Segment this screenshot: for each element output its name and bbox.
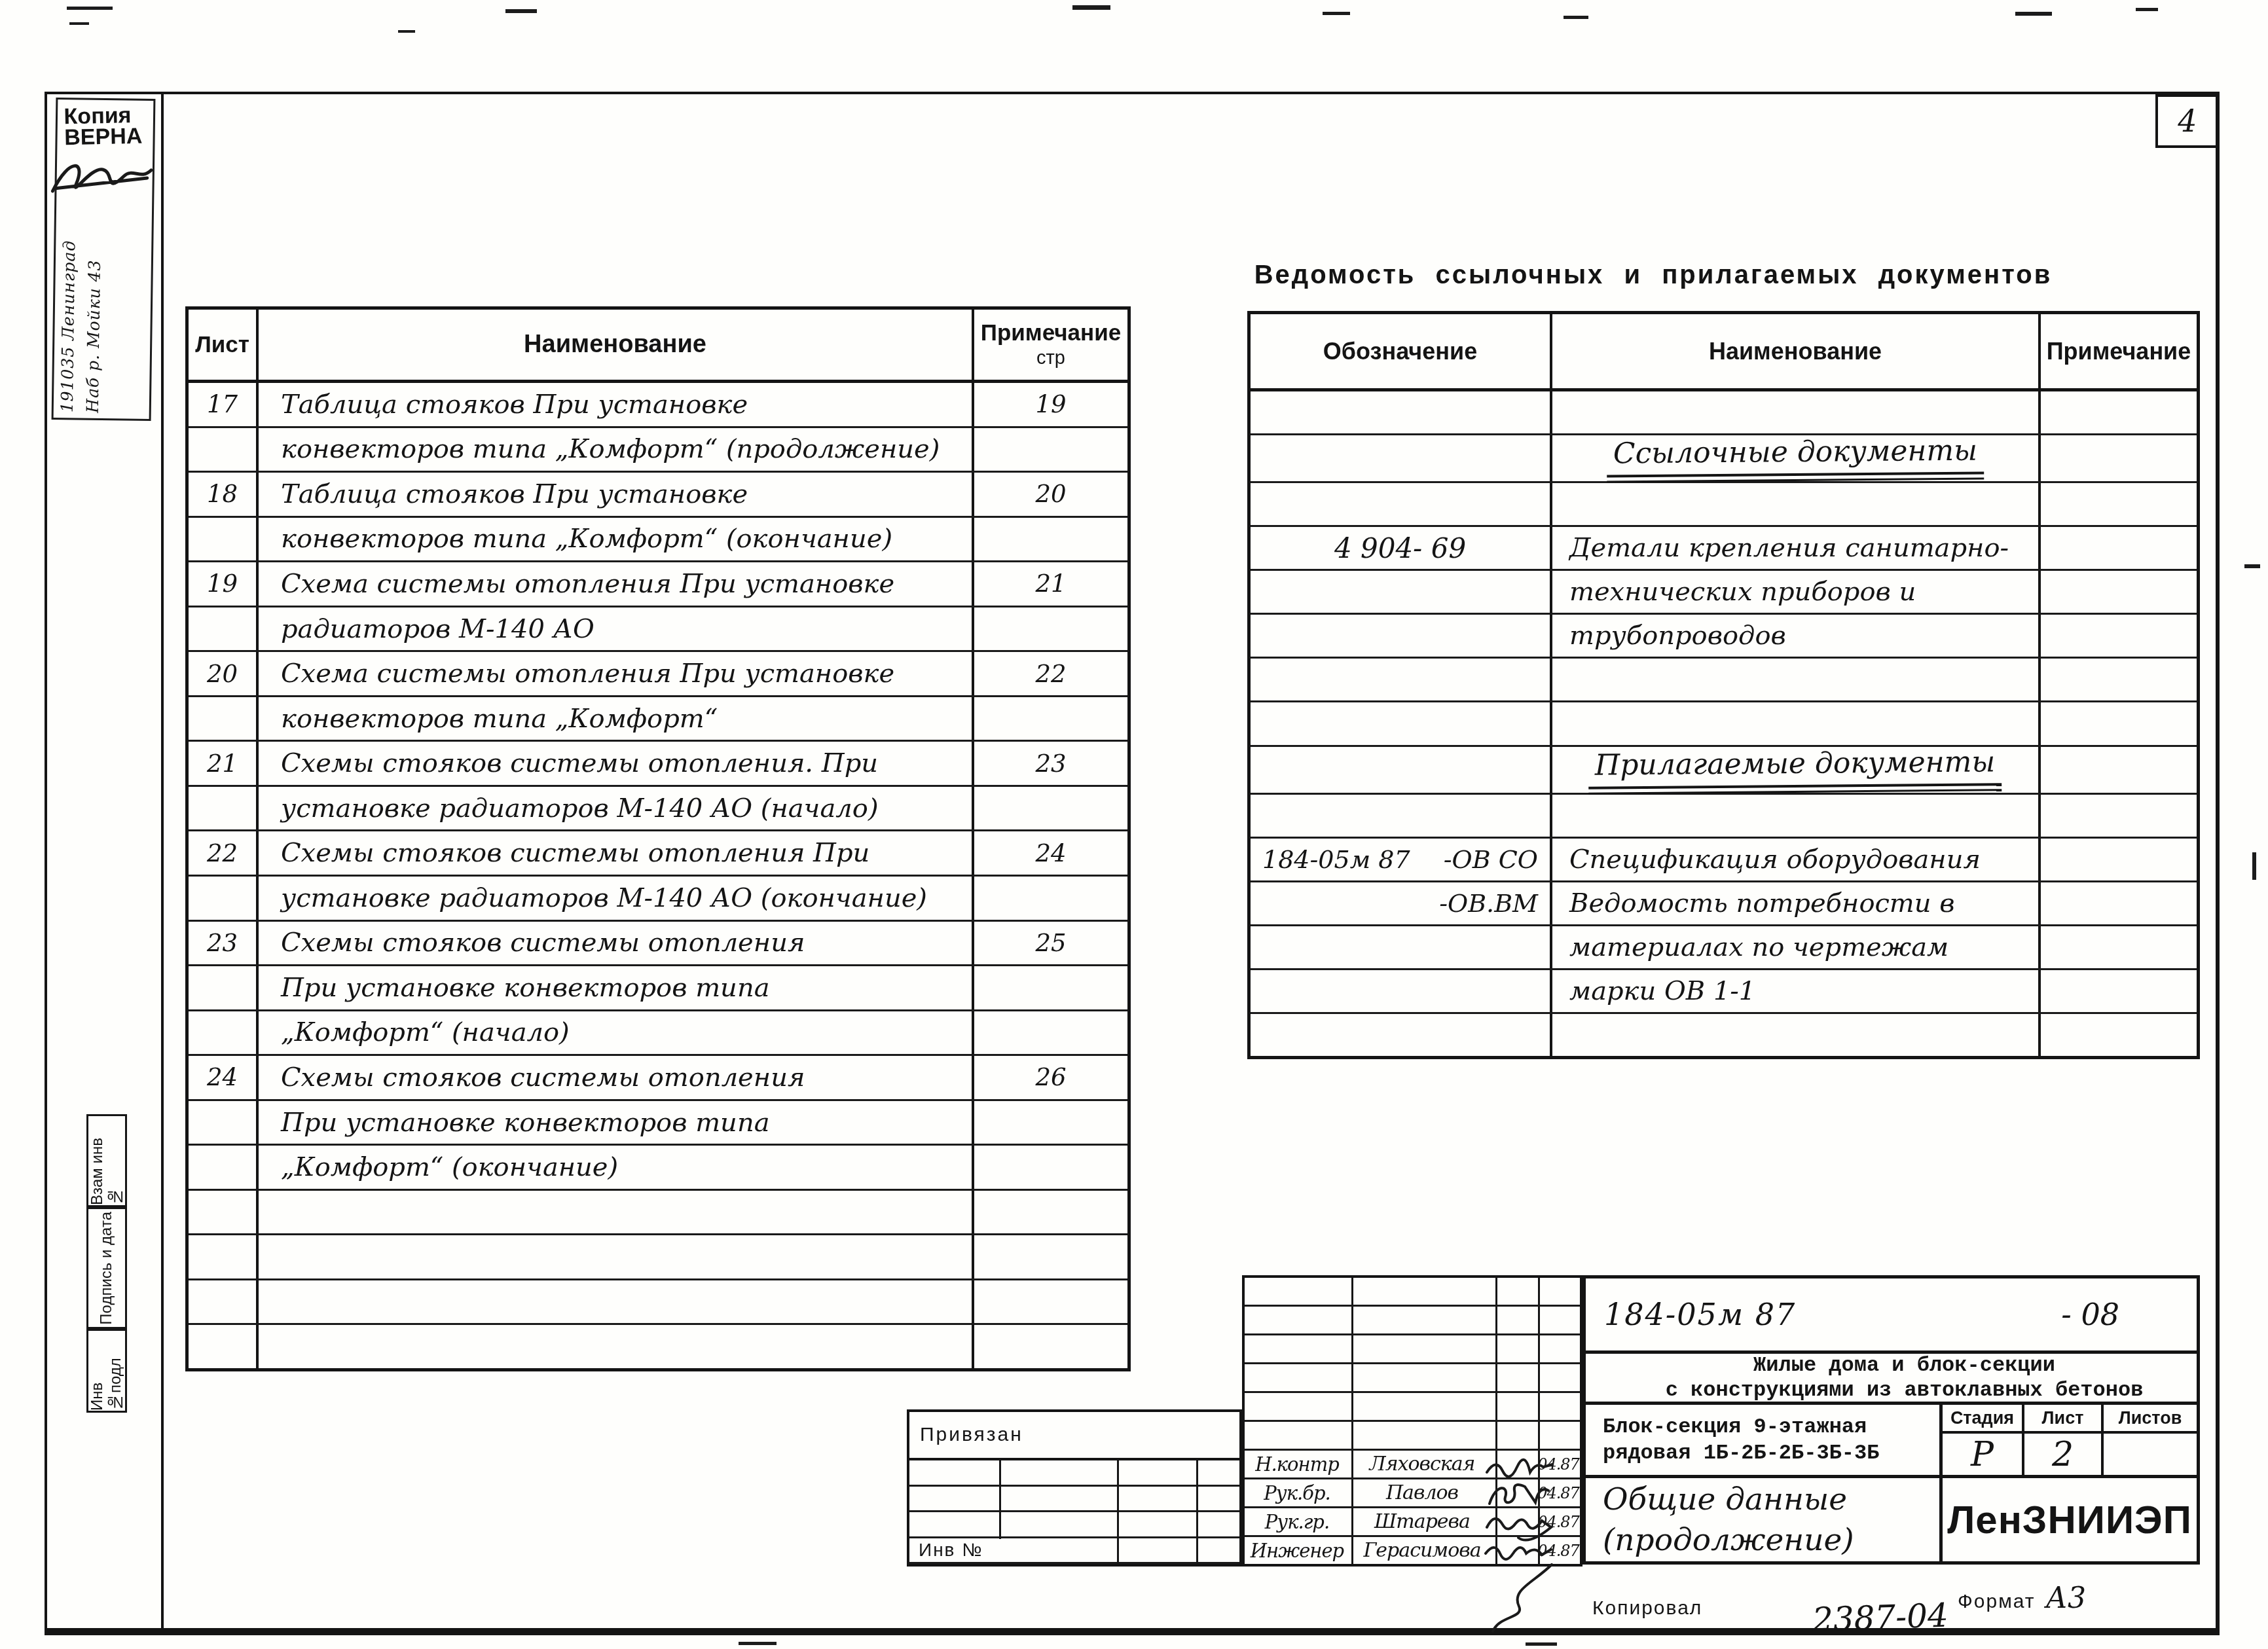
inv-number-cell: Инв № bbox=[909, 1538, 1239, 1565]
doc-number-row: 184-05м 87 - 08 bbox=[1586, 1278, 2197, 1354]
note-page: 23 bbox=[974, 742, 1127, 785]
note-page bbox=[974, 877, 1127, 920]
sheet-no bbox=[189, 1280, 259, 1324]
scan-mark bbox=[2244, 564, 2260, 568]
doc-name bbox=[259, 1191, 974, 1234]
note-page bbox=[974, 1235, 1127, 1278]
doc-name: Схемы стояков системы отопления. При bbox=[259, 742, 974, 785]
table-row: 20Схема системы отопления При установке2… bbox=[189, 652, 1127, 697]
grid-line bbox=[1117, 1460, 1119, 1564]
table-row: 22Схемы стояков системы отопления При24 bbox=[189, 831, 1127, 877]
grid-row bbox=[1245, 1422, 1580, 1451]
ref-docs-table: Обозначение Наименование Примечание Ссыл… bbox=[1247, 311, 2200, 1059]
sheet-no: 19 bbox=[189, 562, 259, 606]
doc-name: Схемы стояков системы отопления bbox=[259, 1056, 974, 1099]
sig-role: Н.контр bbox=[1245, 1453, 1349, 1476]
section-referenced: Ссылочные документы bbox=[1607, 434, 1985, 478]
doc-name: радиаторов М-140 АО bbox=[259, 607, 974, 651]
table-row bbox=[1251, 483, 2197, 527]
sheet-register-header: Лист Наименование Примечание стр bbox=[189, 310, 1127, 383]
note-page bbox=[974, 966, 1127, 1009]
grid-row bbox=[1245, 1364, 1580, 1393]
sig-name: Герасимова bbox=[1349, 1539, 1495, 1562]
signature-row: Рук.гр. Штарева 04.87 bbox=[1245, 1508, 1580, 1537]
doc-name: Таблица стояков При установке bbox=[259, 383, 974, 426]
scan-mark bbox=[1072, 5, 1110, 10]
sheet-no: 24 bbox=[189, 1056, 259, 1099]
scan-mark bbox=[739, 1642, 777, 1645]
note-page bbox=[974, 1101, 1127, 1144]
table-row: материалах по чертежам bbox=[1251, 926, 2197, 970]
section-attached: Прилагаемые документы bbox=[1588, 745, 2002, 789]
doc-name: Ведомость потребности в bbox=[1552, 882, 2041, 924]
scanned-drawing-sheet: 4 Копия ВЕРНА 191035 Ленинград Наб р. Мо… bbox=[0, 0, 2268, 1649]
stamp-address-line2: Наб р. Мойки 43 bbox=[83, 210, 105, 413]
grid-line bbox=[999, 1460, 1001, 1539]
doc-title-line1: Общие данные bbox=[1603, 1479, 1939, 1519]
note-page: 22 bbox=[974, 652, 1127, 695]
table-row: 19Схема системы отопления При установке2… bbox=[189, 562, 1127, 607]
doc-name: Таблица стояков При установке bbox=[259, 473, 974, 516]
doc-title: Общие данные (продолжение) bbox=[1586, 1478, 1943, 1561]
table-row: радиаторов М-140 АО bbox=[189, 607, 1127, 653]
header-name: Наименование bbox=[1552, 314, 2041, 388]
doc-name: установке радиаторов М-140 АО (начало) bbox=[259, 787, 974, 830]
scan-mark bbox=[398, 30, 415, 33]
stamp-address-line1: 191035 Ленинград bbox=[58, 209, 79, 412]
stage-sheet-block: Стадия Лист Листов Р 2 bbox=[1943, 1405, 2197, 1475]
sheet-register-table: Лист Наименование Примечание стр 17Табли… bbox=[185, 306, 1131, 1371]
doc-name: Схемы стояков системы отопления При bbox=[259, 831, 974, 875]
table-row: 23Схемы стояков системы отопления25 bbox=[189, 922, 1127, 967]
doc-name: Детали крепления санитарно- bbox=[1552, 527, 2041, 569]
corner-sheet-number-box: 4 bbox=[2155, 94, 2220, 148]
note-page: 25 bbox=[974, 922, 1127, 965]
signature-row: Инженер Герасимова 04.87 bbox=[1245, 1537, 1580, 1564]
header-note: Примечание стр bbox=[974, 310, 1127, 380]
table-row: 24Схемы стояков системы отопления26 bbox=[189, 1056, 1127, 1101]
table-row: 17Таблица стояков При установке19 bbox=[189, 383, 1127, 428]
object-line1: Блок-секция 9-этажная bbox=[1603, 1414, 1939, 1440]
sheet-no bbox=[189, 428, 259, 471]
ref-docs-header: Обозначение Наименование Примечание bbox=[1251, 314, 2197, 391]
signature-row: Н.контр Ляховская 04.87 bbox=[1245, 1451, 1580, 1479]
table-row bbox=[1251, 702, 2197, 746]
sheet-no bbox=[189, 787, 259, 830]
sheet-no bbox=[189, 697, 259, 740]
scan-mark bbox=[1323, 12, 1350, 15]
scan-mark bbox=[1526, 1642, 1557, 1646]
doc-number-suffix: - 08 bbox=[2061, 1297, 2197, 1332]
doc-name: „Комфорт“ (окончание) bbox=[259, 1146, 974, 1189]
note-page bbox=[974, 518, 1127, 561]
format-value: А3 bbox=[2046, 1582, 2086, 1615]
table-row: При установке конвекторов типа bbox=[189, 966, 1127, 1011]
sheet-no: 22 bbox=[189, 831, 259, 875]
sheet-no bbox=[189, 1101, 259, 1144]
doc-name bbox=[259, 1325, 974, 1368]
note-page: 21 bbox=[974, 562, 1127, 606]
header-name: Наименование bbox=[259, 310, 974, 380]
table-row: конвекторов типа „Комфорт“ (окончание) bbox=[189, 518, 1127, 563]
note-page bbox=[974, 428, 1127, 471]
note-page bbox=[974, 1146, 1127, 1189]
sheet-no bbox=[189, 1235, 259, 1278]
header-designation: Обозначение bbox=[1251, 314, 1552, 388]
sig-role: Рук.гр. bbox=[1245, 1511, 1349, 1533]
doc-name bbox=[259, 1280, 974, 1324]
scan-mark bbox=[505, 9, 537, 13]
table-row: При установке конвекторов типа bbox=[189, 1101, 1127, 1146]
doc-name: Схема системы отопления При установке bbox=[259, 652, 974, 695]
table-row: „Комфорт“ (окончание) bbox=[189, 1146, 1127, 1191]
table-row bbox=[1251, 659, 2197, 702]
margin-box-label: Взам инв № bbox=[88, 1116, 125, 1205]
scan-mark bbox=[2252, 852, 2256, 880]
copied-label: Копировал bbox=[1592, 1597, 1702, 1620]
stamp-address: 191035 Ленинград Наб р. Мойки 43 bbox=[58, 209, 105, 413]
doc-name: марки ОВ 1-1 bbox=[1552, 970, 2041, 1012]
table-row bbox=[1251, 1014, 2197, 1056]
table-row: конвекторов типа „Комфорт“ bbox=[189, 697, 1127, 742]
header-sheet: Лист bbox=[189, 310, 259, 380]
table-row: 4 904- 69Детали крепления санитарно- bbox=[1251, 527, 2197, 571]
sheets-label: Листов bbox=[2104, 1405, 2197, 1431]
sheet-no: 23 bbox=[189, 922, 259, 965]
grid-row bbox=[1245, 1278, 1580, 1307]
sheet-no bbox=[189, 518, 259, 561]
grid-row bbox=[909, 1460, 1239, 1487]
series-name: Жилые дома и блок-секции с конструкциями… bbox=[1586, 1354, 2197, 1405]
sheet-no: 18 bbox=[189, 473, 259, 516]
grid-row bbox=[909, 1487, 1239, 1513]
scan-mark bbox=[67, 7, 113, 10]
margin-box-inv-podl: Инв №подл bbox=[86, 1329, 127, 1413]
scan-mark bbox=[69, 22, 89, 25]
designation: 184-05м 87 bbox=[1262, 845, 1410, 874]
margin-box-label: Подпись и дата bbox=[98, 1212, 116, 1325]
doc-name: Схемы стояков системы отопления bbox=[259, 922, 974, 965]
sheet-no bbox=[189, 877, 259, 920]
margin-box-podpis-data: Подпись и дата bbox=[86, 1207, 127, 1329]
designation: 4 904- 69 bbox=[1251, 527, 1552, 569]
sheet-no bbox=[189, 1011, 259, 1055]
table-row bbox=[189, 1325, 1127, 1368]
sig-name: Штарева bbox=[1349, 1510, 1495, 1533]
sig-role: Рук.бр. bbox=[1245, 1482, 1349, 1504]
doc-name: установке радиаторов М-140 АО (окончание… bbox=[259, 877, 974, 920]
table-row bbox=[189, 1191, 1127, 1236]
copy-number: 2387-04 bbox=[1812, 1596, 1949, 1639]
note-page bbox=[974, 1325, 1127, 1368]
note-page: 20 bbox=[974, 473, 1127, 516]
note-page bbox=[974, 607, 1127, 651]
note-page bbox=[974, 1011, 1127, 1055]
doc-name: трубопроводов bbox=[1552, 615, 2041, 657]
grid-line bbox=[1196, 1460, 1198, 1564]
margin-box-label: Инв №подл bbox=[88, 1331, 125, 1411]
table-row: марки ОВ 1-1 bbox=[1251, 970, 2197, 1014]
table-row bbox=[189, 1280, 1127, 1326]
table-row: -ОВ.ВМВедомость потребности в bbox=[1251, 882, 2197, 926]
table-row: конвекторов типа „Комфорт“ (продолжение) bbox=[189, 428, 1127, 473]
object-name: Блок-секция 9-этажная рядовая 1Б-2Б-2Б-3… bbox=[1586, 1405, 1943, 1475]
table-row: установке радиаторов М-140 АО (окончание… bbox=[189, 877, 1127, 922]
sheet-no bbox=[189, 1191, 259, 1234]
binding-margin-line bbox=[161, 92, 164, 1635]
table-row bbox=[1251, 391, 2197, 435]
sheet-value: 2 bbox=[2024, 1434, 2104, 1475]
note-page: 19 bbox=[974, 383, 1127, 426]
doc-number: 184-05м 87 bbox=[1586, 1297, 1796, 1332]
note-page: 26 bbox=[974, 1056, 1127, 1099]
copy-stamp-title: Копия ВЕРНА bbox=[57, 99, 153, 149]
sheet-no: 20 bbox=[189, 652, 259, 695]
table-row: трубопроводов bbox=[1251, 615, 2197, 659]
copy-stamp: Копия ВЕРНА 191035 Ленинград Наб р. Мойк… bbox=[52, 98, 156, 421]
table-row: „Комфорт“ (начало) bbox=[189, 1011, 1127, 1057]
ref-docs-body: Ссылочные документы 4 904- 69Детали креп… bbox=[1251, 391, 2197, 1056]
table-row: Ссылочные документы bbox=[1251, 435, 2197, 483]
organization-name: ЛенЗНИИЭП bbox=[1943, 1478, 2197, 1561]
designation-suffix: -ОВ СО bbox=[1444, 845, 1538, 874]
signature-flourish-icon bbox=[1473, 1563, 1578, 1639]
doc-name: технических приборов и bbox=[1552, 571, 2041, 613]
doc-name: конвекторов типа „Комфорт“ (окончание) bbox=[259, 518, 974, 561]
series-line1: Жилые дома и блок-секции bbox=[1612, 1353, 2197, 1378]
sheets-value bbox=[2104, 1434, 2197, 1475]
table-row bbox=[1251, 795, 2197, 839]
note-page bbox=[974, 787, 1127, 830]
table-row: Прилагаемые документы bbox=[1251, 747, 2197, 795]
format-label: Формат bbox=[1958, 1591, 2036, 1613]
signature-grid: Н.контр Ляховская 04.87 Рук.бр. Павлов 0… bbox=[1242, 1275, 1582, 1567]
format-note: Формат А3 bbox=[1958, 1582, 2086, 1615]
designation-suffix: -ОВ.ВМ bbox=[1439, 889, 1538, 918]
grid-row bbox=[1245, 1307, 1580, 1335]
note-page bbox=[974, 1191, 1127, 1234]
ref-docs-title: Ведомость ссылочных и прилагаемых докуме… bbox=[1211, 261, 2095, 290]
table-row: 21Схемы стояков системы отопления. При23 bbox=[189, 742, 1127, 787]
stage-label: Стадия bbox=[1943, 1405, 2024, 1431]
sig-role: Инженер bbox=[1245, 1540, 1349, 1562]
grid-row bbox=[1245, 1393, 1580, 1422]
attached-label: Привязан bbox=[909, 1412, 1239, 1460]
doc-name bbox=[259, 1235, 974, 1278]
grid-row bbox=[909, 1512, 1239, 1538]
doc-name: конвекторов типа „Комфорт“ (продолжение) bbox=[259, 428, 974, 471]
doc-name: конвекторов типа „Комфорт“ bbox=[259, 697, 974, 740]
sheet-label: Лист bbox=[2024, 1405, 2104, 1431]
doc-name: Схема системы отопления При установке bbox=[259, 562, 974, 606]
sig-name: Павлов bbox=[1349, 1481, 1495, 1504]
margin-box-vzam-inv: Взам инв № bbox=[86, 1114, 127, 1207]
scan-mark bbox=[1564, 16, 1588, 19]
table-row bbox=[189, 1235, 1127, 1280]
table-row: технических приборов и bbox=[1251, 571, 2197, 615]
sheet-no bbox=[189, 966, 259, 1009]
stage-value: Р bbox=[1943, 1434, 2024, 1475]
sheet-no bbox=[189, 1146, 259, 1189]
attachment-grid: Привязан Инв № bbox=[907, 1409, 1242, 1567]
table-row: 184-05м 87-ОВ СОСпецификация оборудовани… bbox=[1251, 839, 2197, 882]
table-row: установке радиаторов М-140 АО (начало) bbox=[189, 787, 1127, 832]
header-note: Примечание bbox=[2041, 314, 2197, 388]
scan-mark bbox=[2136, 8, 2158, 11]
doc-name: „Комфорт“ (начало) bbox=[259, 1011, 974, 1055]
sheet-no: 21 bbox=[189, 742, 259, 785]
note-page bbox=[974, 697, 1127, 740]
sheet-no bbox=[189, 1325, 259, 1368]
corner-sheet-number: 4 bbox=[2178, 103, 2197, 139]
sheet-no: 17 bbox=[189, 383, 259, 426]
scan-mark bbox=[2015, 12, 2052, 16]
signature-row: Рук.бр. Павлов 04.87 bbox=[1245, 1479, 1580, 1508]
series-line2: с конструкциями из автоклавных бетонов bbox=[1612, 1378, 2197, 1403]
note-page bbox=[974, 1280, 1127, 1324]
sig-name: Ляховская bbox=[1349, 1453, 1495, 1476]
sheet-no bbox=[189, 607, 259, 651]
table-row: 18Таблица стояков При установке20 bbox=[189, 473, 1127, 518]
object-line2: рядовая 1Б-2Б-2Б-3Б-3Б bbox=[1603, 1440, 1939, 1466]
doc-name: При установке конвекторов типа bbox=[259, 1101, 974, 1144]
sheet-register-body: 17Таблица стояков При установке19 конвек… bbox=[189, 383, 1127, 1368]
stamp-signature-icon bbox=[47, 148, 166, 219]
grid-row bbox=[1245, 1335, 1580, 1364]
doc-title-line2: (продолжение) bbox=[1603, 1520, 1939, 1560]
doc-name: Спецификация оборудования bbox=[1552, 839, 2041, 880]
doc-name: материалах по чертежам bbox=[1552, 926, 2041, 968]
doc-name: При установке конвекторов типа bbox=[259, 966, 974, 1009]
note-page: 24 bbox=[974, 831, 1127, 875]
title-block: 184-05м 87 - 08 Жилые дома и блок-секции… bbox=[1582, 1275, 2200, 1565]
